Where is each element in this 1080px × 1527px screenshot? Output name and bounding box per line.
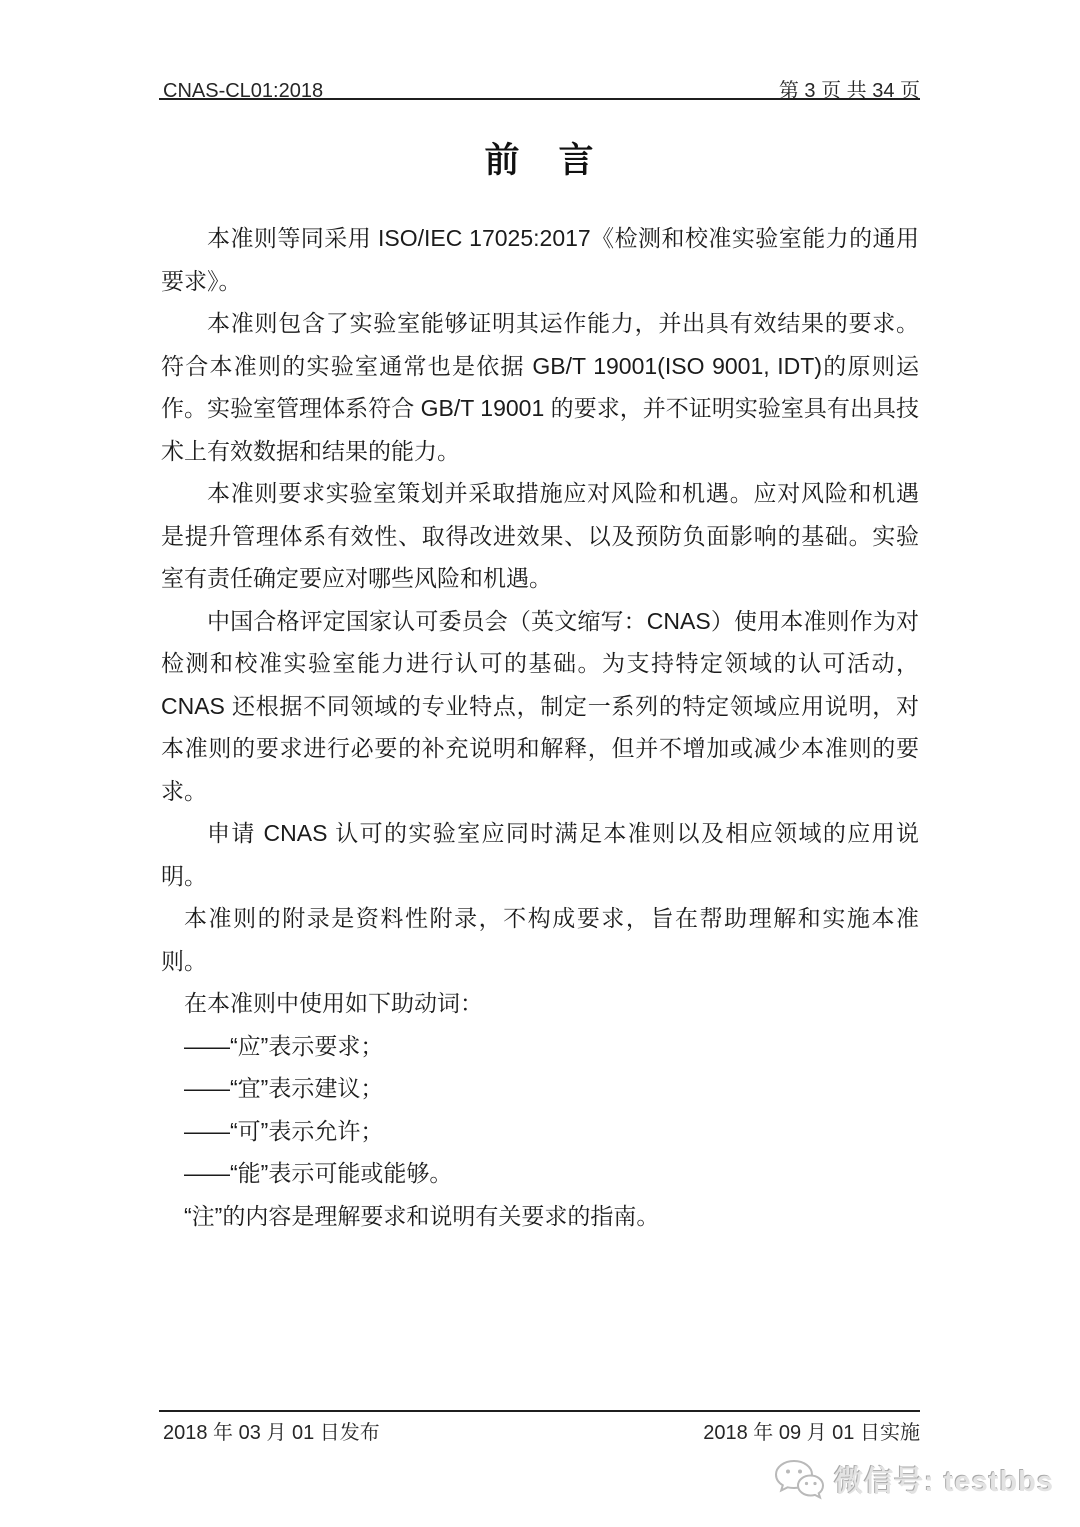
wechat-icon xyxy=(773,1458,825,1500)
paragraph-4: 中国合格评定国家认可委员会（英文缩写：CNAS）使用本准则作为对检测和校准实验室… xyxy=(161,600,919,813)
paragraph-5: 申请 CNAS 认可的实验室应同时满足本准则以及相应领域的应用说明。 xyxy=(161,812,919,897)
watermark-text: 微信号: testbbs xyxy=(834,1459,1054,1500)
paragraph-12: “注”的内容是理解要求和说明有关要求的指南。 xyxy=(161,1195,919,1238)
paragraph-9: ——“宜”表示建议； xyxy=(161,1067,919,1110)
watermark: 微信号: testbbs xyxy=(773,1458,1054,1500)
doc-body: 本准则等同采用 ISO/IEC 17025:2017《检测和校准实验室能力的通用… xyxy=(161,217,919,1237)
doc-title: 前 言 xyxy=(161,133,919,183)
paragraph-3: 本准则要求实验室策划并采取措施应对风险和机遇。应对风险和机遇是提升管理体系有效性… xyxy=(161,472,919,600)
release-date: 2018 年 03 月 01 日发布 xyxy=(163,1416,380,1445)
page-footer: 2018 年 03 月 01 日发布 2018 年 09 月 01 日实施 xyxy=(163,1416,920,1445)
footer-rule xyxy=(159,1410,920,1412)
header-rule xyxy=(159,98,920,100)
paragraph-11: ——“能”表示可能或能够。 xyxy=(161,1152,919,1195)
implementation-date: 2018 年 09 月 01 日实施 xyxy=(703,1416,920,1445)
paragraph-1: 本准则等同采用 ISO/IEC 17025:2017《检测和校准实验室能力的通用… xyxy=(161,217,919,302)
paragraph-7: 在本准则中使用如下助动词： xyxy=(161,982,919,1025)
document-page: CNAS-CL01:2018 第 3 页 共 34 页 前 言 本准则等同采用 … xyxy=(0,0,1080,1527)
paragraph-6: 本准则的附录是资料性附录，不构成要求，旨在帮助理解和实施本准则。 xyxy=(161,897,919,982)
paragraph-10: ——“可”表示允许； xyxy=(161,1110,919,1153)
paragraph-2: 本准则包含了实验室能够证明其运作能力，并出具有效结果的要求。符合本准则的实验室通… xyxy=(161,302,919,472)
paragraph-8: ——“应”表示要求； xyxy=(161,1025,919,1068)
